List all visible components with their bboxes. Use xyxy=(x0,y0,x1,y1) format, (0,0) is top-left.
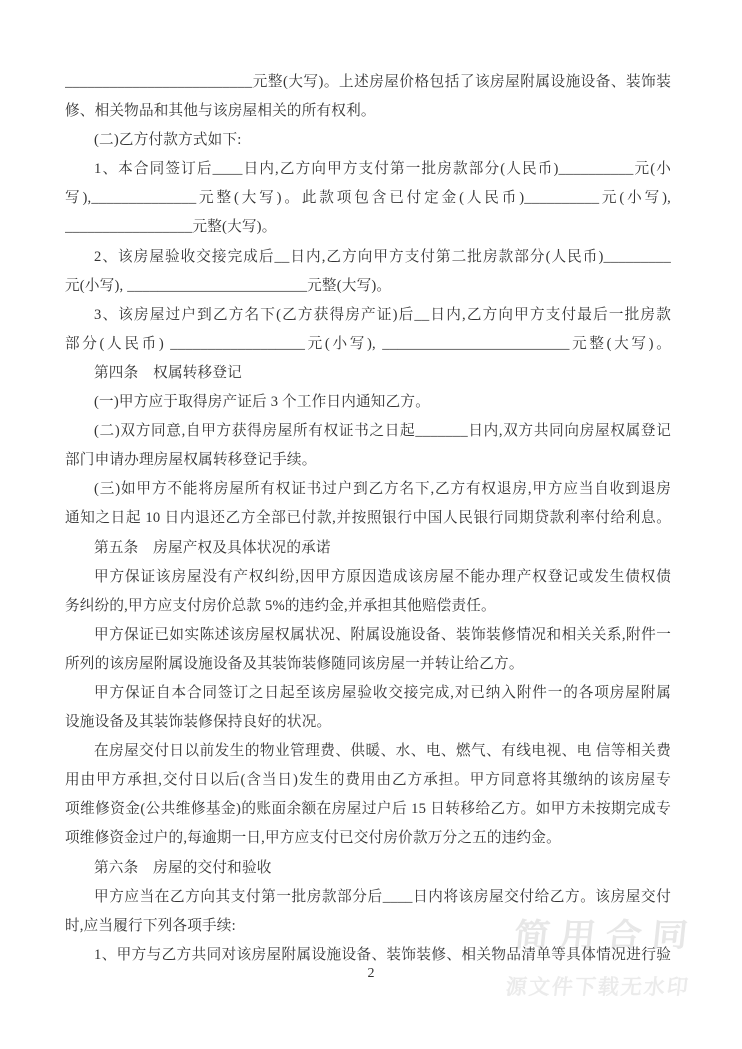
contract-text-line: 第五条 房屋产权及具体状况的承诺 xyxy=(65,534,671,563)
contract-text-line: 设施设备及其装饰装修保持良好的状况。 xyxy=(65,708,671,737)
contract-text-line: 3、该房屋过户到乙方名下(乙方获得房产证)后__日内,乙方向甲方支付最后一批房款 xyxy=(65,301,671,330)
contract-text-line: _________________________元整(大写)。上述房屋价格包括… xyxy=(65,68,671,97)
contract-text-line: 在房屋交付日以前发生的物业管理费、供暖、水、电、燃气、有线电视、电 信等相关费 xyxy=(65,737,671,766)
contract-text-line: (一)甲方应于取得房产证后 3 个工作日内通知乙方。 xyxy=(65,388,671,417)
document-page: 简用合同 源文件下载无水印 _________________________元… xyxy=(0,0,742,1049)
contract-text-line: 甲方保证该房屋没有产权纠纷,因甲方原因造成该房屋不能办理产权登记或发生债权债 xyxy=(65,563,671,592)
contract-body: _________________________元整(大写)。上述房屋价格包括… xyxy=(65,68,671,970)
contract-text-line: 2、该房屋验收交接完成后__日内,乙方向甲方支付第二批房款部分(人民币)____… xyxy=(65,243,671,272)
contract-text-line: 第四条 权属转移登记 xyxy=(65,359,671,388)
contract-text-line: 项维修资金(公共维修基金)的账面余额在房屋过户后 15 日转移给乙方。如甲方未按… xyxy=(65,795,671,824)
contract-text-line: 时,应当履行下列各项手续: xyxy=(65,912,671,941)
contract-text-line: 项维修资金过户的,每逾期一日,甲方应支付已交付房价款万分之五的违约金。 xyxy=(65,824,671,853)
contract-text-line: 修、相关物品和其他与该房屋相关的所有权利。 xyxy=(65,97,671,126)
contract-text-line: 元(小写), ________________________元整(大写)。 xyxy=(65,272,671,301)
contract-text-line: 所列的该房屋附属设施设备及其装饰装修随同该房屋一并转让给乙方。 xyxy=(65,650,671,679)
page-number: 2 xyxy=(0,966,742,982)
contract-text-line: 甲方保证自本合同签订之日起至该房屋验收交接完成,对已纳入附件一的各项房屋附属 xyxy=(65,679,671,708)
contract-text-line: 通知之日起 10 日内退还乙方全部已付款,并按照银行中国人民银行同期贷款利率付给… xyxy=(65,504,671,533)
contract-text-line: 部门申请办理房屋权属转移登记手续。 xyxy=(65,446,671,475)
contract-text-line: (三)如甲方不能将房屋所有权证书过户到乙方名下,乙方有权退房,甲方应当自收到退房 xyxy=(65,475,671,504)
contract-text-line: 部分(人民币) __________________元(小写), _______… xyxy=(65,330,671,359)
contract-text-line: 务纠纷的,甲方应支付房价总款 5%的违约金,并承担其他赔偿责任。 xyxy=(65,592,671,621)
contract-text-line: _________________元整(大写)。 xyxy=(65,213,671,242)
contract-text-line: 写),______________元整(大写)。此款项包含已付定金(人民币)__… xyxy=(65,184,671,213)
contract-text-line: 1、本合同签订后____日内,乙方向甲方支付第一批房款部分(人民币)______… xyxy=(65,155,671,184)
contract-text-line: (二)双方同意,自甲方获得房屋所有权证书之日起_______日内,双方共同向房屋… xyxy=(65,417,671,446)
contract-text-line: 甲方保证已如实陈述该房屋权属状况、附属设施设备、装饰装修情况和相关关系,附件一 xyxy=(65,621,671,650)
contract-text-line: 用由甲方承担,交付日以后(含当日)发生的费用由乙方承担。甲方同意将其缴纳的该房屋… xyxy=(65,766,671,795)
contract-text-line: (二)乙方付款方式如下: xyxy=(65,126,671,155)
contract-text-line: 甲方应当在乙方向其支付第一批房款部分后____日内将该房屋交付给乙方。该房屋交付 xyxy=(65,883,671,912)
contract-text-line: 第六条 房屋的交付和验收 xyxy=(65,854,671,883)
